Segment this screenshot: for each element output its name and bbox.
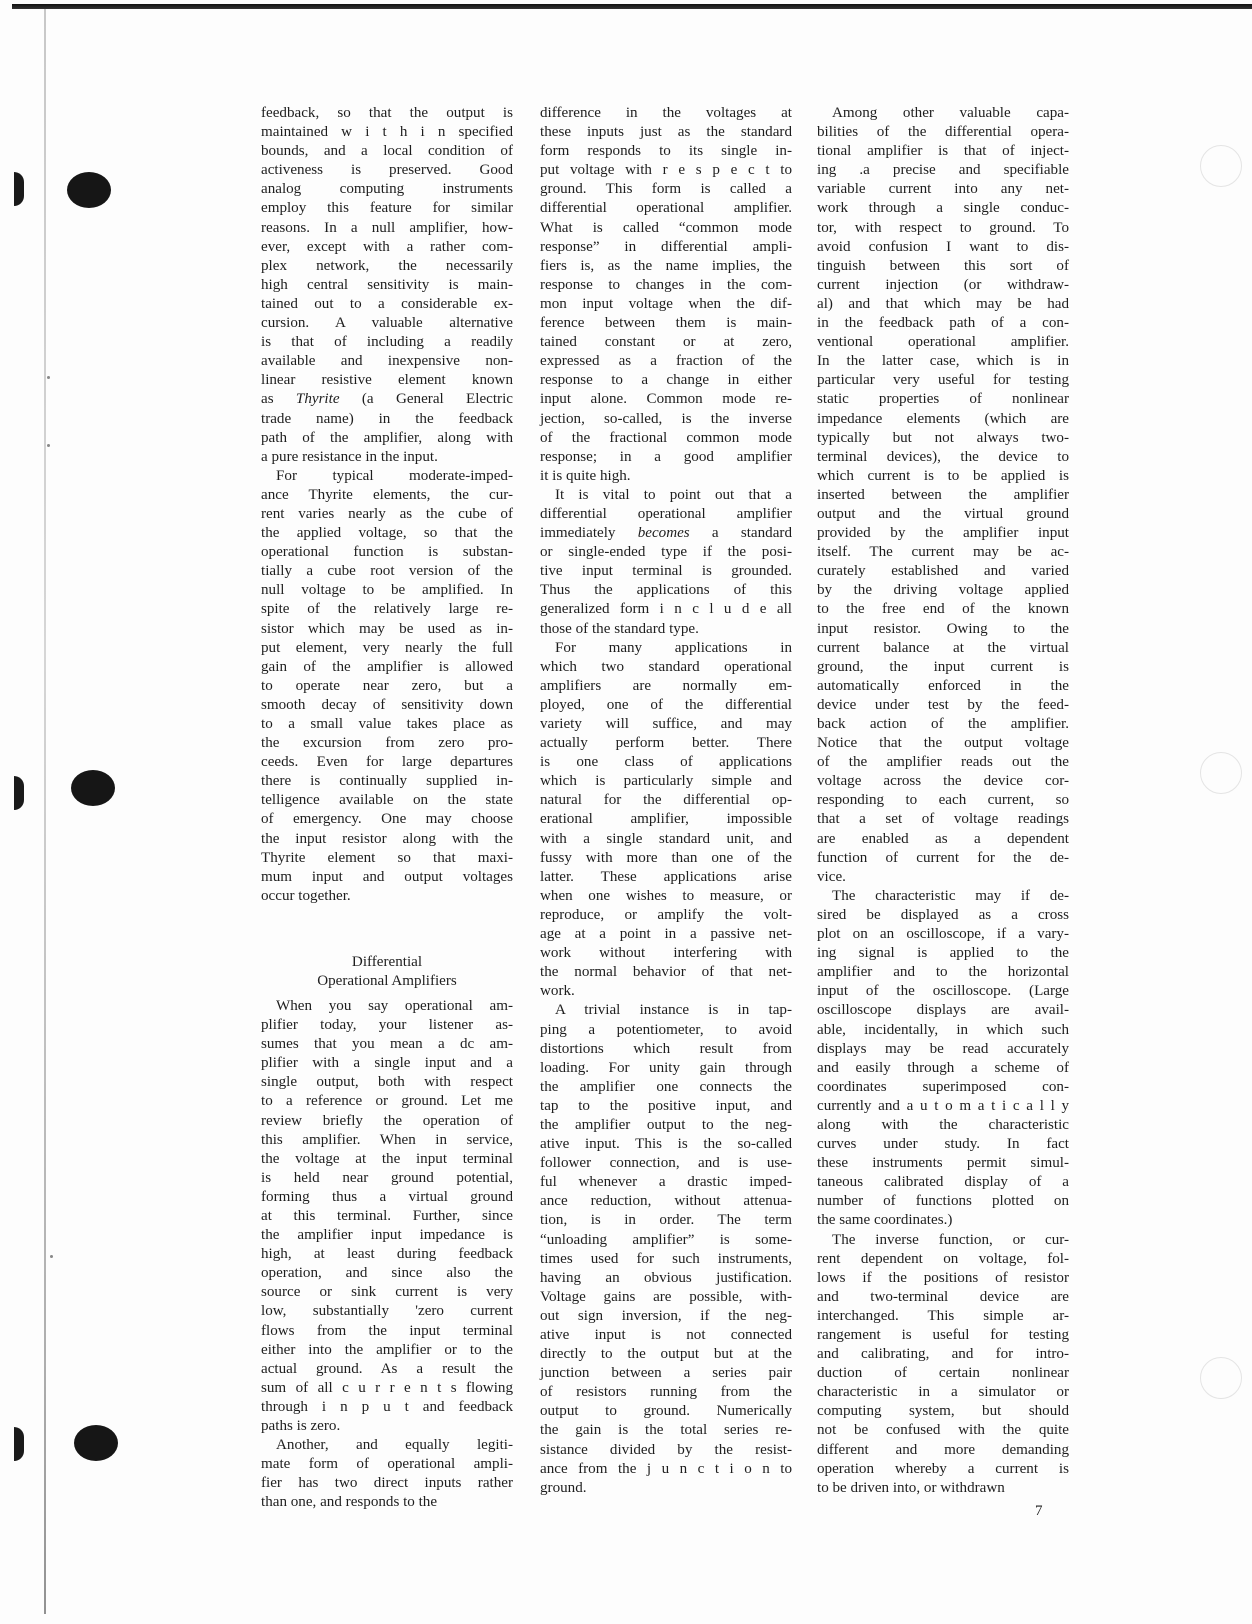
text-line: response” in differential ampli-: [540, 238, 792, 257]
text-line: plifier today, your listener as-: [261, 1016, 513, 1035]
text-line: amplifier and to the horizontal: [817, 963, 1069, 982]
text-line: smooth decay of sensitivity down: [261, 696, 513, 715]
text-line: immediately becomes a standard: [540, 524, 792, 543]
scan-speck: [47, 444, 50, 447]
text-line: tained out to a considerable ex-: [261, 295, 513, 314]
text-line: those of the standard type.: [540, 620, 792, 639]
text-line: operation, and since also the: [261, 1264, 513, 1283]
text-line: the amplifier output to the neg-: [540, 1116, 792, 1135]
text-line: work through a single conduc-: [817, 199, 1069, 218]
text-line: and calibrating, and for intro-: [817, 1345, 1069, 1364]
text-line: rent dependent on voltage, fol-: [817, 1250, 1069, 1269]
text-line: ance Thyrite elements, the cur-: [261, 486, 513, 505]
binding-hole-icon: [71, 770, 115, 806]
text-line: automatically enforced in the: [817, 677, 1069, 696]
text-line: by the driving voltage applied: [817, 581, 1069, 600]
scan-speck: [47, 376, 50, 379]
text-line: differential operational amplifier.: [540, 199, 792, 218]
text-line: fier has two direct inputs rather: [261, 1474, 513, 1493]
text-line: Thyrite element so that maxi-: [261, 849, 513, 868]
text-line: Another, and equally legiti-: [261, 1436, 513, 1455]
text-column-1: feedback, so that the output ismaintaine…: [261, 104, 513, 1512]
text-line: It is vital to point out that a: [540, 486, 792, 505]
ghost-hole-icon: [1200, 1357, 1242, 1399]
paragraph: The characteristic may if de-sired be di…: [817, 887, 1069, 1231]
text-line: response to a change in either: [540, 371, 792, 390]
text-line: static properties of nonlinear: [817, 390, 1069, 409]
paragraph: A trivial instance is in tap-ping a pote…: [540, 1001, 792, 1497]
text-line: curves under study. In fact: [817, 1135, 1069, 1154]
text-line: In the latter case, which is in: [817, 352, 1069, 371]
text-line: taneous calibrated display of a: [817, 1173, 1069, 1192]
binding-hole-icon: [74, 1425, 118, 1461]
text-line: times used for such instruments,: [540, 1250, 792, 1269]
text-line: activeness is preserved. Good: [261, 161, 513, 180]
text-line: reproduce, or amplify the volt-: [540, 906, 792, 925]
text-line: the excursion from zero pro-: [261, 734, 513, 753]
text-line: ance from the j u n c t i o n to: [540, 1460, 792, 1479]
text-line: mum input and output voltages: [261, 868, 513, 887]
text-line: ground, the input current is: [817, 658, 1069, 677]
text-line: available and inexpensive non-: [261, 352, 513, 371]
text-line: vice.: [817, 868, 1069, 887]
text-line: Among other valuable capa-: [817, 104, 1069, 123]
text-line: inserted between the amplifier: [817, 486, 1069, 505]
text-line: When you say operational am-: [261, 997, 513, 1016]
text-line: ventional operational amplifier.: [817, 333, 1069, 352]
text-line: to a reference or ground. Let me: [261, 1092, 513, 1111]
scan-top-edge: [12, 4, 1252, 9]
ghost-hole-icon: [1200, 752, 1242, 794]
text-line: output and the virtual ground: [817, 505, 1069, 524]
text-line: current injection (or withdraw-: [817, 276, 1069, 295]
text-line: feedback, so that the output is: [261, 104, 513, 123]
text-line: in the feedback path of a con-: [817, 314, 1069, 333]
text-line: low, substantially 'zero current: [261, 1302, 513, 1321]
text-line: out sign inversion, if the neg-: [540, 1307, 792, 1326]
paragraph: When you say operational am-plifier toda…: [261, 997, 513, 1436]
ghost-hole-icon: [1200, 145, 1242, 187]
text-line: number of functions plotted on: [817, 1192, 1069, 1211]
text-line: differential operational amplifier: [540, 505, 792, 524]
text-line: trade name) in the feedback: [261, 410, 513, 429]
text-line: A trivial instance is in tap-: [540, 1001, 792, 1020]
text-line: response; in a good amplifier: [540, 448, 792, 467]
text-line: follower connection, and is use-: [540, 1154, 792, 1173]
text-column-2: difference in the voltages atthese input…: [540, 104, 792, 1498]
text-line: distortions which result from: [540, 1040, 792, 1059]
text-line: The inverse function, or cur-: [817, 1231, 1069, 1250]
text-line: mate form of operational ampli-: [261, 1455, 513, 1474]
text-line: displays may be read accurately: [817, 1040, 1069, 1059]
text-line: the gain is the total series re-: [540, 1421, 792, 1440]
text-line: oscilloscope displays are avail-: [817, 1001, 1069, 1020]
text-line: amplifiers are normally em-: [540, 677, 792, 696]
text-line: currently and a u t o m a t i c a l l y: [817, 1097, 1069, 1116]
paragraph: For many applications inwhich two standa…: [540, 639, 792, 1002]
section-heading-line-1: Differential: [261, 953, 513, 972]
text-line: the input resistor along with the: [261, 830, 513, 849]
text-line: having an obvious justification.: [540, 1269, 792, 1288]
text-line: sum of all c u r r e n t s flowing: [261, 1379, 513, 1398]
text-line: typically but not always two-: [817, 429, 1069, 448]
text-line: fiers is, as the name implies, the: [540, 257, 792, 276]
text-line: sistor which may be used as in-: [261, 620, 513, 639]
text-line: input resistor. Owing to the: [817, 620, 1069, 639]
text-line: ative input. This is the so-called: [540, 1135, 792, 1154]
text-line: duction of certain nonlinear: [817, 1364, 1069, 1383]
text-line: al) and that which may be had: [817, 295, 1069, 314]
text-line: null voltage to be amplified. In: [261, 581, 513, 600]
text-line: form responds to its single in-: [540, 142, 792, 161]
text-line: to operate near zero, but a: [261, 677, 513, 696]
text-line: ceeds. Even for large departures: [261, 753, 513, 772]
text-line: rangement is useful for testing: [817, 1326, 1069, 1345]
text-line: ful whenever a drastic imped-: [540, 1173, 792, 1192]
text-line: with a single standard unit, and: [540, 830, 792, 849]
text-line: tially a cube root version of the: [261, 562, 513, 581]
text-line: ference between them is main-: [540, 314, 792, 333]
text-line: generalized form i n c l u d e all: [540, 600, 792, 619]
text-line: high, at least during feedback: [261, 1245, 513, 1264]
text-line: the applied voltage, so that the: [261, 524, 513, 543]
text-line: directly to the output but at the: [540, 1345, 792, 1364]
text-line: put element, very nearly the full: [261, 639, 513, 658]
text-line: a pure resistance in the input.: [261, 448, 513, 467]
text-line: input of the oscilloscope. (Large: [817, 982, 1069, 1001]
text-line: flows from the input terminal: [261, 1322, 513, 1341]
text-line: “unloading amplifier” is some-: [540, 1231, 792, 1250]
text-line: expressed as a fraction of the: [540, 352, 792, 371]
text-line: to a small value takes place as: [261, 715, 513, 734]
text-line: provided by the amplifier input: [817, 524, 1069, 543]
text-line: as Thyrite (a General Electric: [261, 390, 513, 409]
text-line: terminal devices), the device to: [817, 448, 1069, 467]
text-line: variety will suffice, and may: [540, 715, 792, 734]
text-line: difference in the voltages at: [540, 104, 792, 123]
text-line: For many applications in: [540, 639, 792, 658]
text-line: of the fractional common mode: [540, 429, 792, 448]
text-line: For typical moderate-imped-: [261, 467, 513, 486]
text-line: reasons. In a null amplifier, how-: [261, 219, 513, 238]
text-line: rent varies nearly as the cube of: [261, 505, 513, 524]
text-line: the same coordinates.): [817, 1211, 1069, 1230]
text-line: at this terminal. Further, since: [261, 1207, 513, 1226]
text-line: different and more demanding: [817, 1441, 1069, 1460]
text-line: Voltage gains are possible, with-: [540, 1288, 792, 1307]
text-line: ground.: [540, 1479, 792, 1498]
section-heading-line-2: Operational Amplifiers: [261, 972, 513, 991]
text-line: work.: [540, 982, 792, 1001]
text-line: is held near ground potential,: [261, 1169, 513, 1188]
text-line: ground. This form is called a: [540, 180, 792, 199]
text-line: to be driven into, or withdrawn: [817, 1479, 1069, 1498]
text-line: which current is to be applied is: [817, 467, 1069, 486]
text-line: not be confused with the quite: [817, 1421, 1069, 1440]
text-line: there is continually supplied in-: [261, 772, 513, 791]
text-line: impedance elements (which are: [817, 410, 1069, 429]
text-line: sired be displayed as a cross: [817, 906, 1069, 925]
text-line: of emergency. One may choose: [261, 810, 513, 829]
text-line: Thus the applications of this: [540, 581, 792, 600]
text-line: along with the characteristic: [817, 1116, 1069, 1135]
text-line: function of current for the de-: [817, 849, 1069, 868]
text-line: avoid confusion I want to dis-: [817, 238, 1069, 257]
paragraph: It is vital to point out that adifferent…: [540, 486, 792, 639]
text-line: device under test by the feed-: [817, 696, 1069, 715]
text-line: tained constant or at zero,: [540, 333, 792, 352]
text-line: linear resistive element known: [261, 371, 513, 390]
section-heading: Differential Operational Amplifiers: [261, 953, 513, 991]
text-column-3: Among other valuable capa-bilities of th…: [817, 104, 1069, 1498]
text-line: tion, is in order. The term: [540, 1211, 792, 1230]
text-line: fussy with more than one of the: [540, 849, 792, 868]
text-line: Notice that the output voltage: [817, 734, 1069, 753]
text-line: responding to each current, so: [817, 791, 1069, 810]
text-line: tive input terminal is grounded.: [540, 562, 792, 581]
text-line: itself. The current may be ac-: [817, 543, 1069, 562]
text-line: put voltage with r e s p e c t to: [540, 161, 792, 180]
text-line: age at a point in a passive net-: [540, 925, 792, 944]
text-line: these inputs just as the standard: [540, 123, 792, 142]
text-line: tinguish between this sort of: [817, 257, 1069, 276]
text-line: ever, except with a rather com-: [261, 238, 513, 257]
binding-hole-edge-icon: [14, 172, 24, 206]
text-line: and two-terminal device are: [817, 1288, 1069, 1307]
text-line: junction between a series pair: [540, 1364, 792, 1383]
page-number: 7: [1035, 1503, 1043, 1520]
text-line: these instruments permit simul-: [817, 1154, 1069, 1173]
binding-hole-edge-icon: [14, 776, 24, 810]
text-line: the normal behavior of that net-: [540, 963, 792, 982]
text-line: cursion. A valuable alternative: [261, 314, 513, 333]
scan-speck: [50, 1255, 53, 1258]
text-line: is that of including a readily: [261, 333, 513, 352]
text-line: What is called “common mode: [540, 219, 792, 238]
text-line: it is quite high.: [540, 467, 792, 486]
text-line: ing signal is applied to the: [817, 944, 1069, 963]
text-line: plot on an oscilloscope, if a vary-: [817, 925, 1069, 944]
text-line: bounds, and a local condition of: [261, 142, 513, 161]
text-line: or single-ended type if the posi-: [540, 543, 792, 562]
text-line: response to changes in the com-: [540, 276, 792, 295]
text-line: are enabled as a dependent: [817, 830, 1069, 849]
paragraph: Among other valuable capa-bilities of th…: [817, 104, 1069, 887]
text-line: ping a potentiometer, to avoid: [540, 1021, 792, 1040]
binding-gutter-line: [44, 9, 46, 1614]
paragraph: For typical moderate-imped-ance Thyrite …: [261, 467, 513, 906]
text-line: ance reduction, without attenua-: [540, 1192, 792, 1211]
text-line: current balance at the virtual: [817, 639, 1069, 658]
text-line: latter. These applications arise: [540, 868, 792, 887]
text-line: tor, with respect to ground. To: [817, 219, 1069, 238]
text-line: ative input is not connected: [540, 1326, 792, 1345]
text-line: coordinates superimposed con-: [817, 1078, 1069, 1097]
text-line: gain of the amplifier is allowed: [261, 658, 513, 677]
text-line: through i n p u t and feedback: [261, 1398, 513, 1417]
text-line: which is particularly simple and: [540, 772, 792, 791]
text-line: this amplifier. When in service,: [261, 1131, 513, 1150]
text-line: than one, and responds to the: [261, 1493, 513, 1512]
text-line: the voltage at the input terminal: [261, 1150, 513, 1169]
text-line: actual ground. As a result the: [261, 1360, 513, 1379]
text-line: and easily through a scheme of: [817, 1059, 1069, 1078]
text-line: ployed, one of the differential: [540, 696, 792, 715]
text-line: review briefly the operation of: [261, 1112, 513, 1131]
text-line: lows if the positions of resistor: [817, 1269, 1069, 1288]
text-line: maintained w i t h i n specified: [261, 123, 513, 142]
text-line: mon input voltage when the dif-: [540, 295, 792, 314]
text-line: jection, so-called, is the inverse: [540, 410, 792, 429]
text-line: plex network, the necessarily: [261, 257, 513, 276]
text-line: employ this feature for similar: [261, 199, 513, 218]
text-line: input alone. Common mode re-: [540, 390, 792, 409]
text-line: to the free end of the known: [817, 600, 1069, 619]
paragraph: difference in the voltages atthese input…: [540, 104, 792, 486]
text-line: back action of the amplifier.: [817, 715, 1069, 734]
paragraph: Another, and equally legiti-mate form of…: [261, 1436, 513, 1512]
text-line: of resistors running from the: [540, 1383, 792, 1402]
text-line: which two standard operational: [540, 658, 792, 677]
text-line: variable current into any net-: [817, 180, 1069, 199]
text-line: source or sink current is very: [261, 1283, 513, 1302]
text-line: computing system, but should: [817, 1402, 1069, 1421]
text-line: erational amplifier, impossible: [540, 810, 792, 829]
text-line: voltage across the device cor-: [817, 772, 1069, 791]
text-line: telligence available on the state: [261, 791, 513, 810]
text-line: plifier with a single input and a: [261, 1054, 513, 1073]
text-line: characteristic in a simulator or: [817, 1383, 1069, 1402]
text-line: paths is zero.: [261, 1417, 513, 1436]
text-line: bilities of the differential opera-: [817, 123, 1069, 142]
text-line: natural for the differential op-: [540, 791, 792, 810]
text-line: loading. For unity gain through: [540, 1059, 792, 1078]
text-line: ing .a precise and specifiable: [817, 161, 1069, 180]
text-line: interchanged. This simple ar-: [817, 1307, 1069, 1326]
text-line: the amplifier one connects the: [540, 1078, 792, 1097]
text-line: work without interfering with: [540, 944, 792, 963]
text-line: the amplifier input impedance is: [261, 1226, 513, 1245]
text-line: that a set of voltage readings: [817, 810, 1069, 829]
text-line: sistance divided by the resist-: [540, 1441, 792, 1460]
text-line: tional amplifier is that of inject-: [817, 142, 1069, 161]
binding-hole-icon: [67, 172, 111, 208]
text-line: curately established and varied: [817, 562, 1069, 581]
text-line: particular very useful for testing: [817, 371, 1069, 390]
binding-hole-edge-icon: [14, 1427, 24, 1461]
text-line: tap to the positive input, and: [540, 1097, 792, 1116]
text-line: able, incidentally, in which such: [817, 1021, 1069, 1040]
text-line: either into the amplifier or to the: [261, 1341, 513, 1360]
text-line: spite of the relatively large re-: [261, 600, 513, 619]
text-line: operation whereby a current is: [817, 1460, 1069, 1479]
text-line: high central sensitivity is main-: [261, 276, 513, 295]
text-line: output to ground. Numerically: [540, 1402, 792, 1421]
paragraph: The inverse function, or cur-rent depend…: [817, 1231, 1069, 1498]
text-line: path of the amplifier, along with: [261, 429, 513, 448]
text-line: sumes that you mean a dc am-: [261, 1035, 513, 1054]
text-line: when one wishes to measure, or: [540, 887, 792, 906]
text-line: single output, both with respect: [261, 1073, 513, 1092]
text-line: is one class of applications: [540, 753, 792, 772]
paragraph: feedback, so that the output ismaintaine…: [261, 104, 513, 467]
text-line: forming thus a virtual ground: [261, 1188, 513, 1207]
text-line: analog computing instruments: [261, 180, 513, 199]
text-line: of the amplifier reads out the: [817, 753, 1069, 772]
text-line: operational function is substan-: [261, 543, 513, 562]
text-line: occur together.: [261, 887, 513, 906]
text-line: actually perform better. There: [540, 734, 792, 753]
text-line: The characteristic may if de-: [817, 887, 1069, 906]
